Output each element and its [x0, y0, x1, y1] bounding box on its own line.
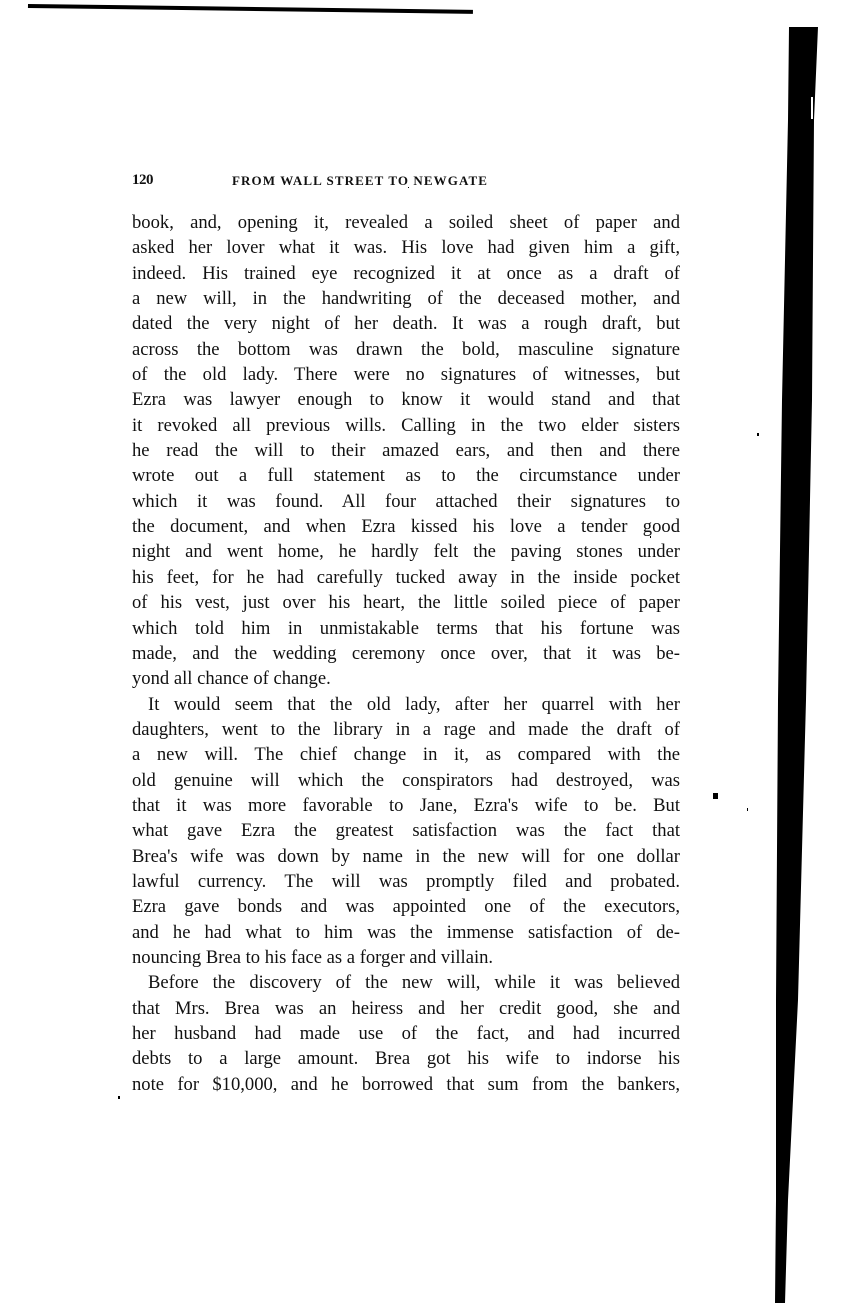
- text-line: his feet, for he had carefully tucked aw…: [132, 565, 680, 590]
- scan-top-edge-line: [28, 4, 473, 14]
- text-line: the document, and when Ezra kissed his l…: [132, 514, 680, 539]
- text-line: he read the will to their amazed ears, a…: [132, 438, 680, 463]
- text-line: her husband had made use of the fact, an…: [132, 1021, 680, 1046]
- text-line: Before the discovery of the new will, wh…: [132, 970, 680, 995]
- running-head: 120 FROM WALL STREET TO NEWGATE: [132, 172, 680, 194]
- text-line: nouncing Brea to his face as a forger an…: [132, 945, 680, 970]
- text-line: yond all chance of change.: [132, 666, 680, 691]
- text-line: old genuine will which the conspirators …: [132, 768, 680, 793]
- text-line: asked her lover what it was. His love ha…: [132, 235, 680, 260]
- text-line: debts to a large amount. Brea got his wi…: [132, 1046, 680, 1071]
- text-line: that Mrs. Brea was an heiress and her cr…: [132, 996, 680, 1021]
- text-line: of the old lady. There were no signature…: [132, 362, 680, 387]
- text-line: that it was more favorable to Jane, Ezra…: [132, 793, 680, 818]
- body-text: book, and, opening it, revealed a soiled…: [132, 210, 680, 1097]
- running-title: FROM WALL STREET TO NEWGATE: [232, 173, 488, 189]
- text-line: It would seem that the old lady, after h…: [132, 692, 680, 717]
- text-line: what gave Ezra the greatest satisfaction…: [132, 818, 680, 843]
- text-line: Brea's wife was down by name in the new …: [132, 844, 680, 869]
- text-line: book, and, opening it, revealed a soiled…: [132, 210, 680, 235]
- text-line: night and went home, he hardly felt the …: [132, 539, 680, 564]
- text-line: daughters, went to the library in a rage…: [132, 717, 680, 742]
- text-line: which told him in unmistakable terms tha…: [132, 616, 680, 641]
- text-line: indeed. His trained eye recognized it at…: [132, 261, 680, 286]
- text-line: across the bottom was drawn the bold, ma…: [132, 337, 680, 362]
- text-line: lawful currency. The will was promptly f…: [132, 869, 680, 894]
- text-line: which it was found. All four attached th…: [132, 489, 680, 514]
- text-line: of his vest, just over his heart, the li…: [132, 590, 680, 615]
- text-line: wrote out a full statement as to the cir…: [132, 463, 680, 488]
- text-line: Ezra gave bonds and was appointed one of…: [132, 894, 680, 919]
- text-line: dated the very night of her death. It wa…: [132, 311, 680, 336]
- text-line: and he had what to him was the immense s…: [132, 920, 680, 945]
- text-line: a new will, in the handwriting of the de…: [132, 286, 680, 311]
- text-line: Ezra was lawyer enough to know it would …: [132, 387, 680, 412]
- text-line: note for $10,000, and he borrowed that s…: [132, 1072, 680, 1097]
- text-line: a new will. The chief change in it, as c…: [132, 742, 680, 767]
- text-line: made, and the wedding ceremony once over…: [132, 641, 680, 666]
- text-line: it revoked all previous wills. Calling i…: [132, 413, 680, 438]
- page-number: 120: [132, 172, 153, 189]
